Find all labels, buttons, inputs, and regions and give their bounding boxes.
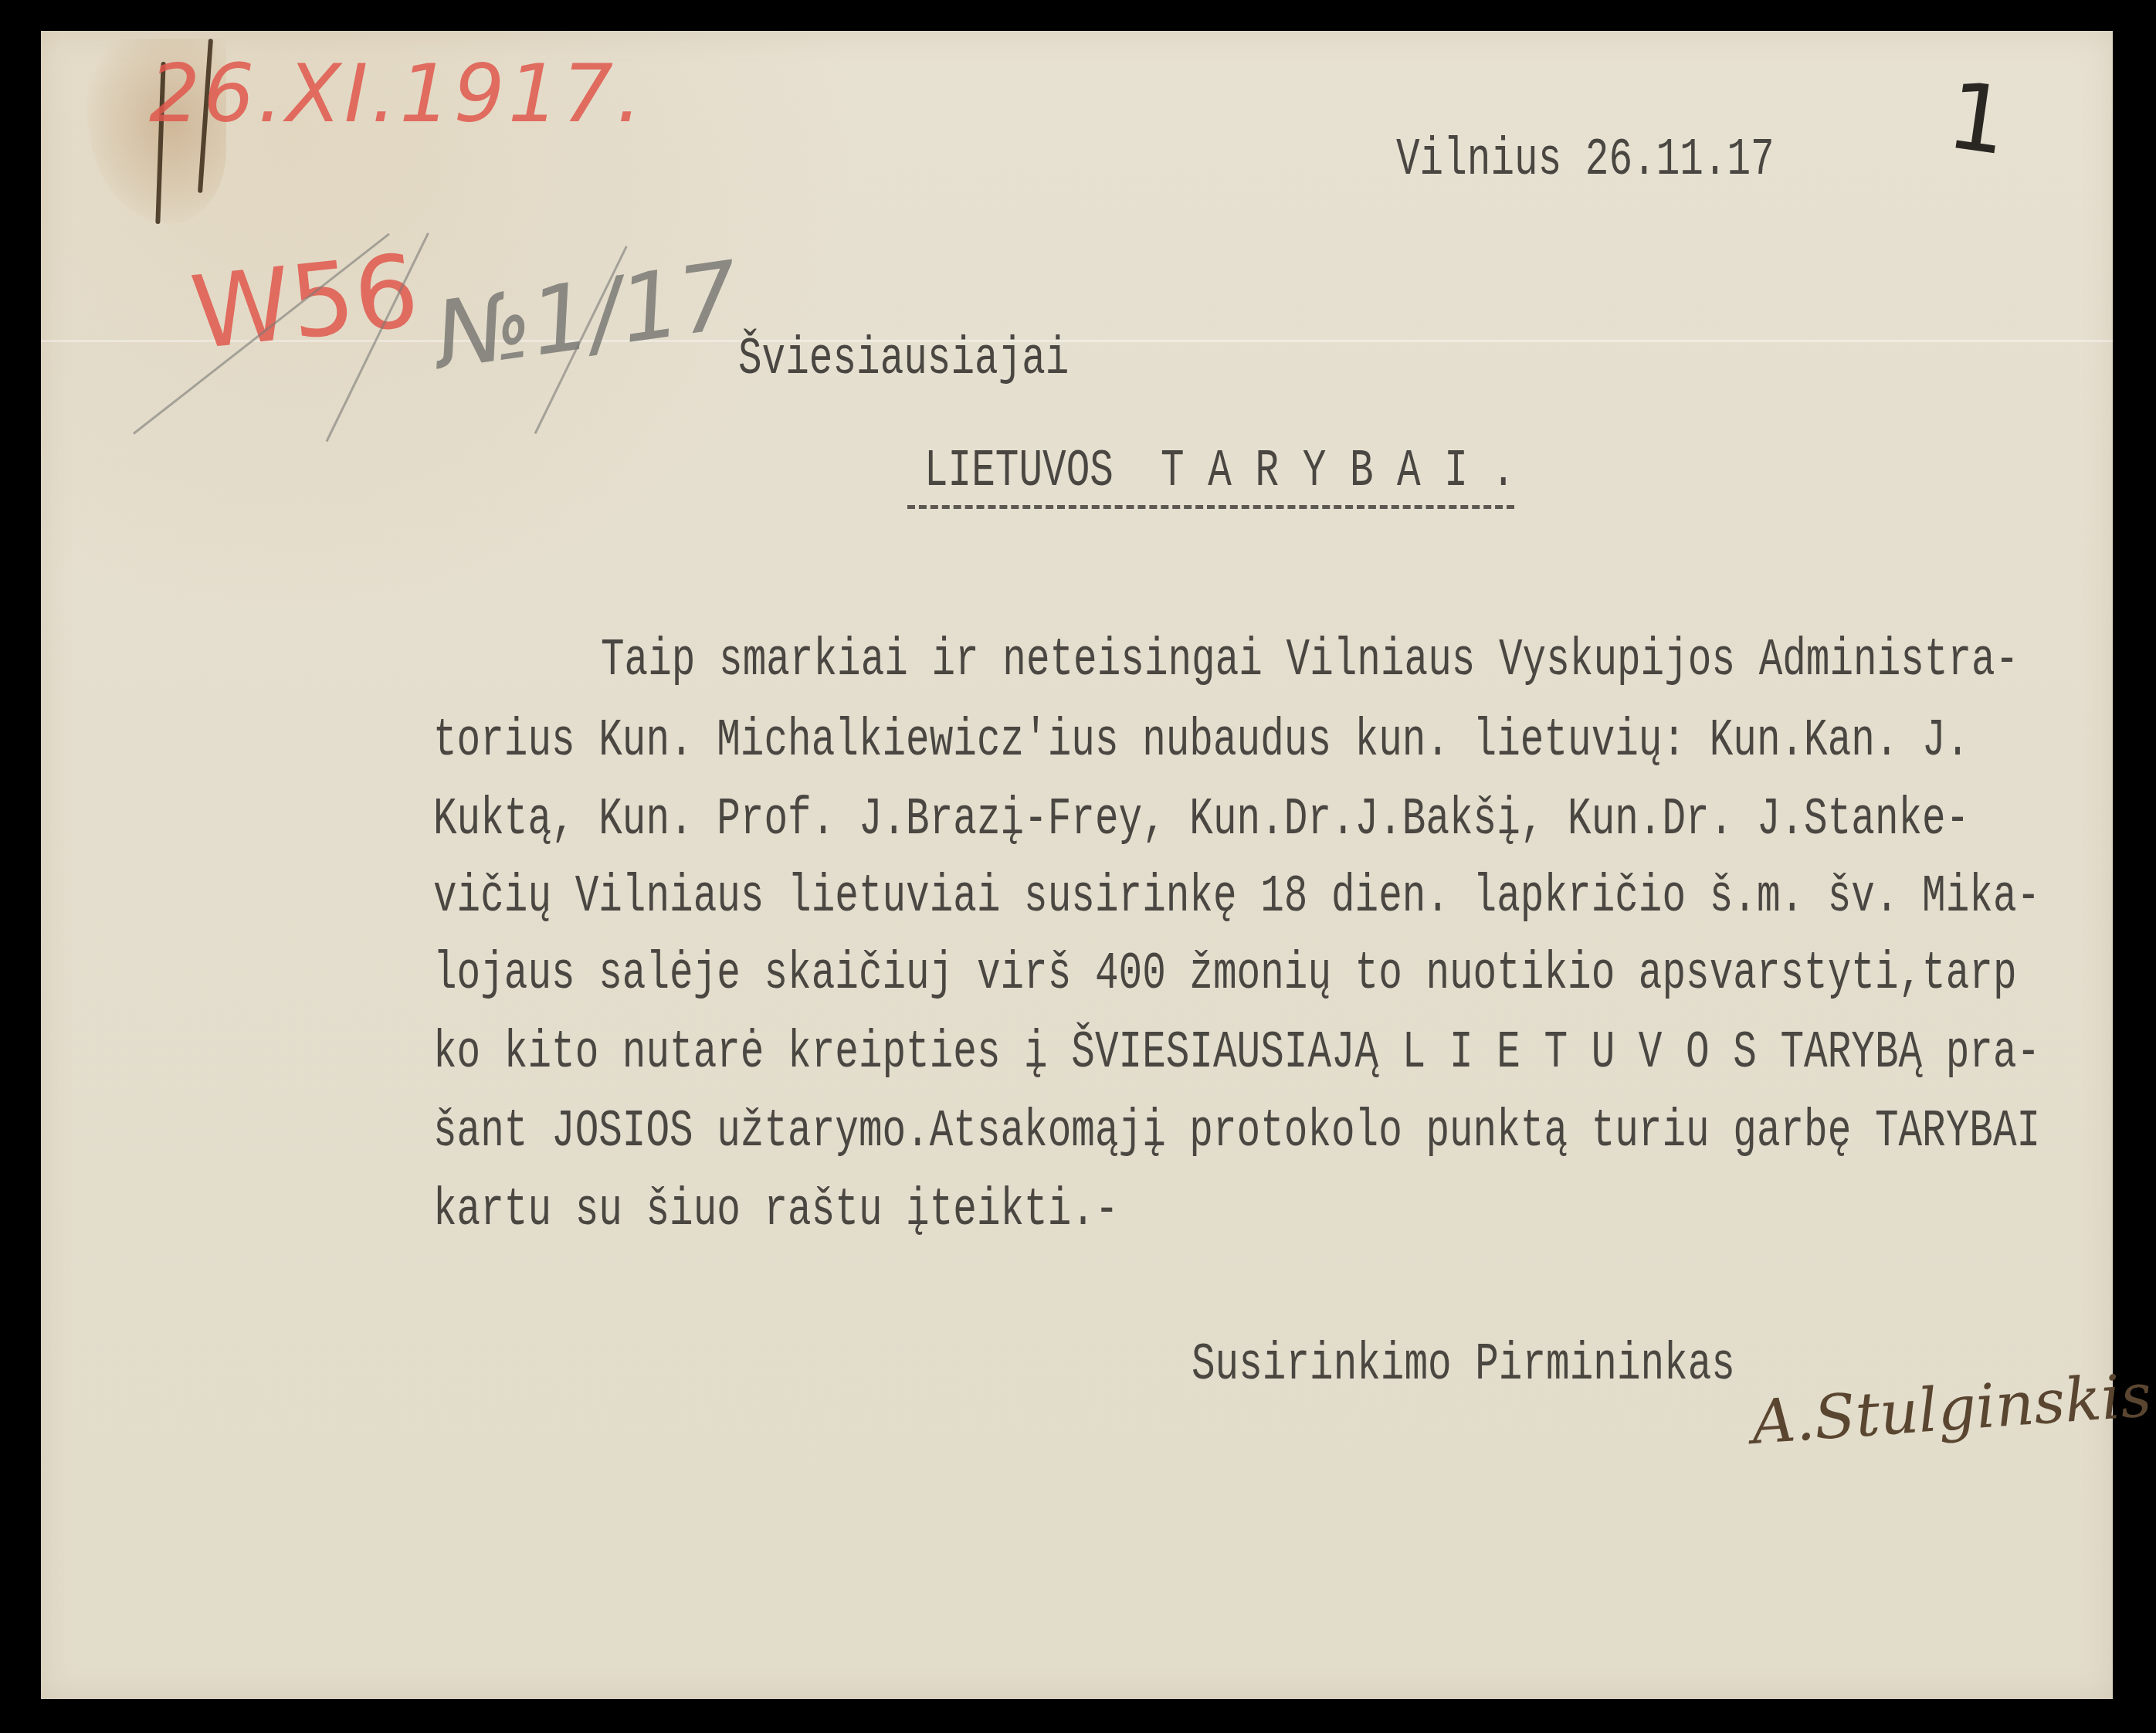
document-page: 26.XI.1917. W56 №1/17 1 Vilnius 26.11.17… bbox=[41, 31, 2113, 1699]
salutation: Šviesiausiajai bbox=[738, 334, 1069, 387]
place-date: Vilnius 26.11.17 bbox=[1396, 134, 1775, 188]
red-number-annotation: W56 bbox=[186, 232, 424, 372]
heading-underline bbox=[907, 505, 1514, 509]
closing-title: Susirinkimo Pirmininkas bbox=[1192, 1339, 1735, 1392]
body-line: šant JOSIOS užtarymo.Atsakomąjį protokol… bbox=[433, 1106, 2040, 1159]
page-number-mark: 1 bbox=[1941, 62, 2015, 176]
addressee-heading: LIETUVOS T A R Y B A I . bbox=[924, 446, 1515, 499]
red-date-annotation: 26.XI.1917. bbox=[149, 46, 645, 141]
body-line: Kuktą, Kun. Prof. J.Brazį-Frey, Kun.Dr.J… bbox=[433, 794, 1969, 847]
body-line: kartu su šiuo raštu įteikti.- bbox=[433, 1185, 1119, 1238]
body-line: Taip smarkiai ir neteisingai Vilniaus Vy… bbox=[601, 635, 2019, 688]
body-line: ko kito nutarė kreipties į ŠVIESIAUSIAJĄ… bbox=[433, 1027, 2040, 1080]
body-line: lojaus salėje skaičiuj virš 400 žmonių t… bbox=[433, 948, 2017, 1002]
body-line: torius Kun. Michalkiewicz'ius nubaudus k… bbox=[433, 715, 1969, 768]
handwritten-signature: A.Stulginskis bbox=[1749, 1361, 2153, 1458]
pencil-number-annotation: №1/17 bbox=[429, 242, 745, 391]
body-line: vičių Vilniaus lietuviai susirinkę 18 di… bbox=[433, 871, 2040, 924]
